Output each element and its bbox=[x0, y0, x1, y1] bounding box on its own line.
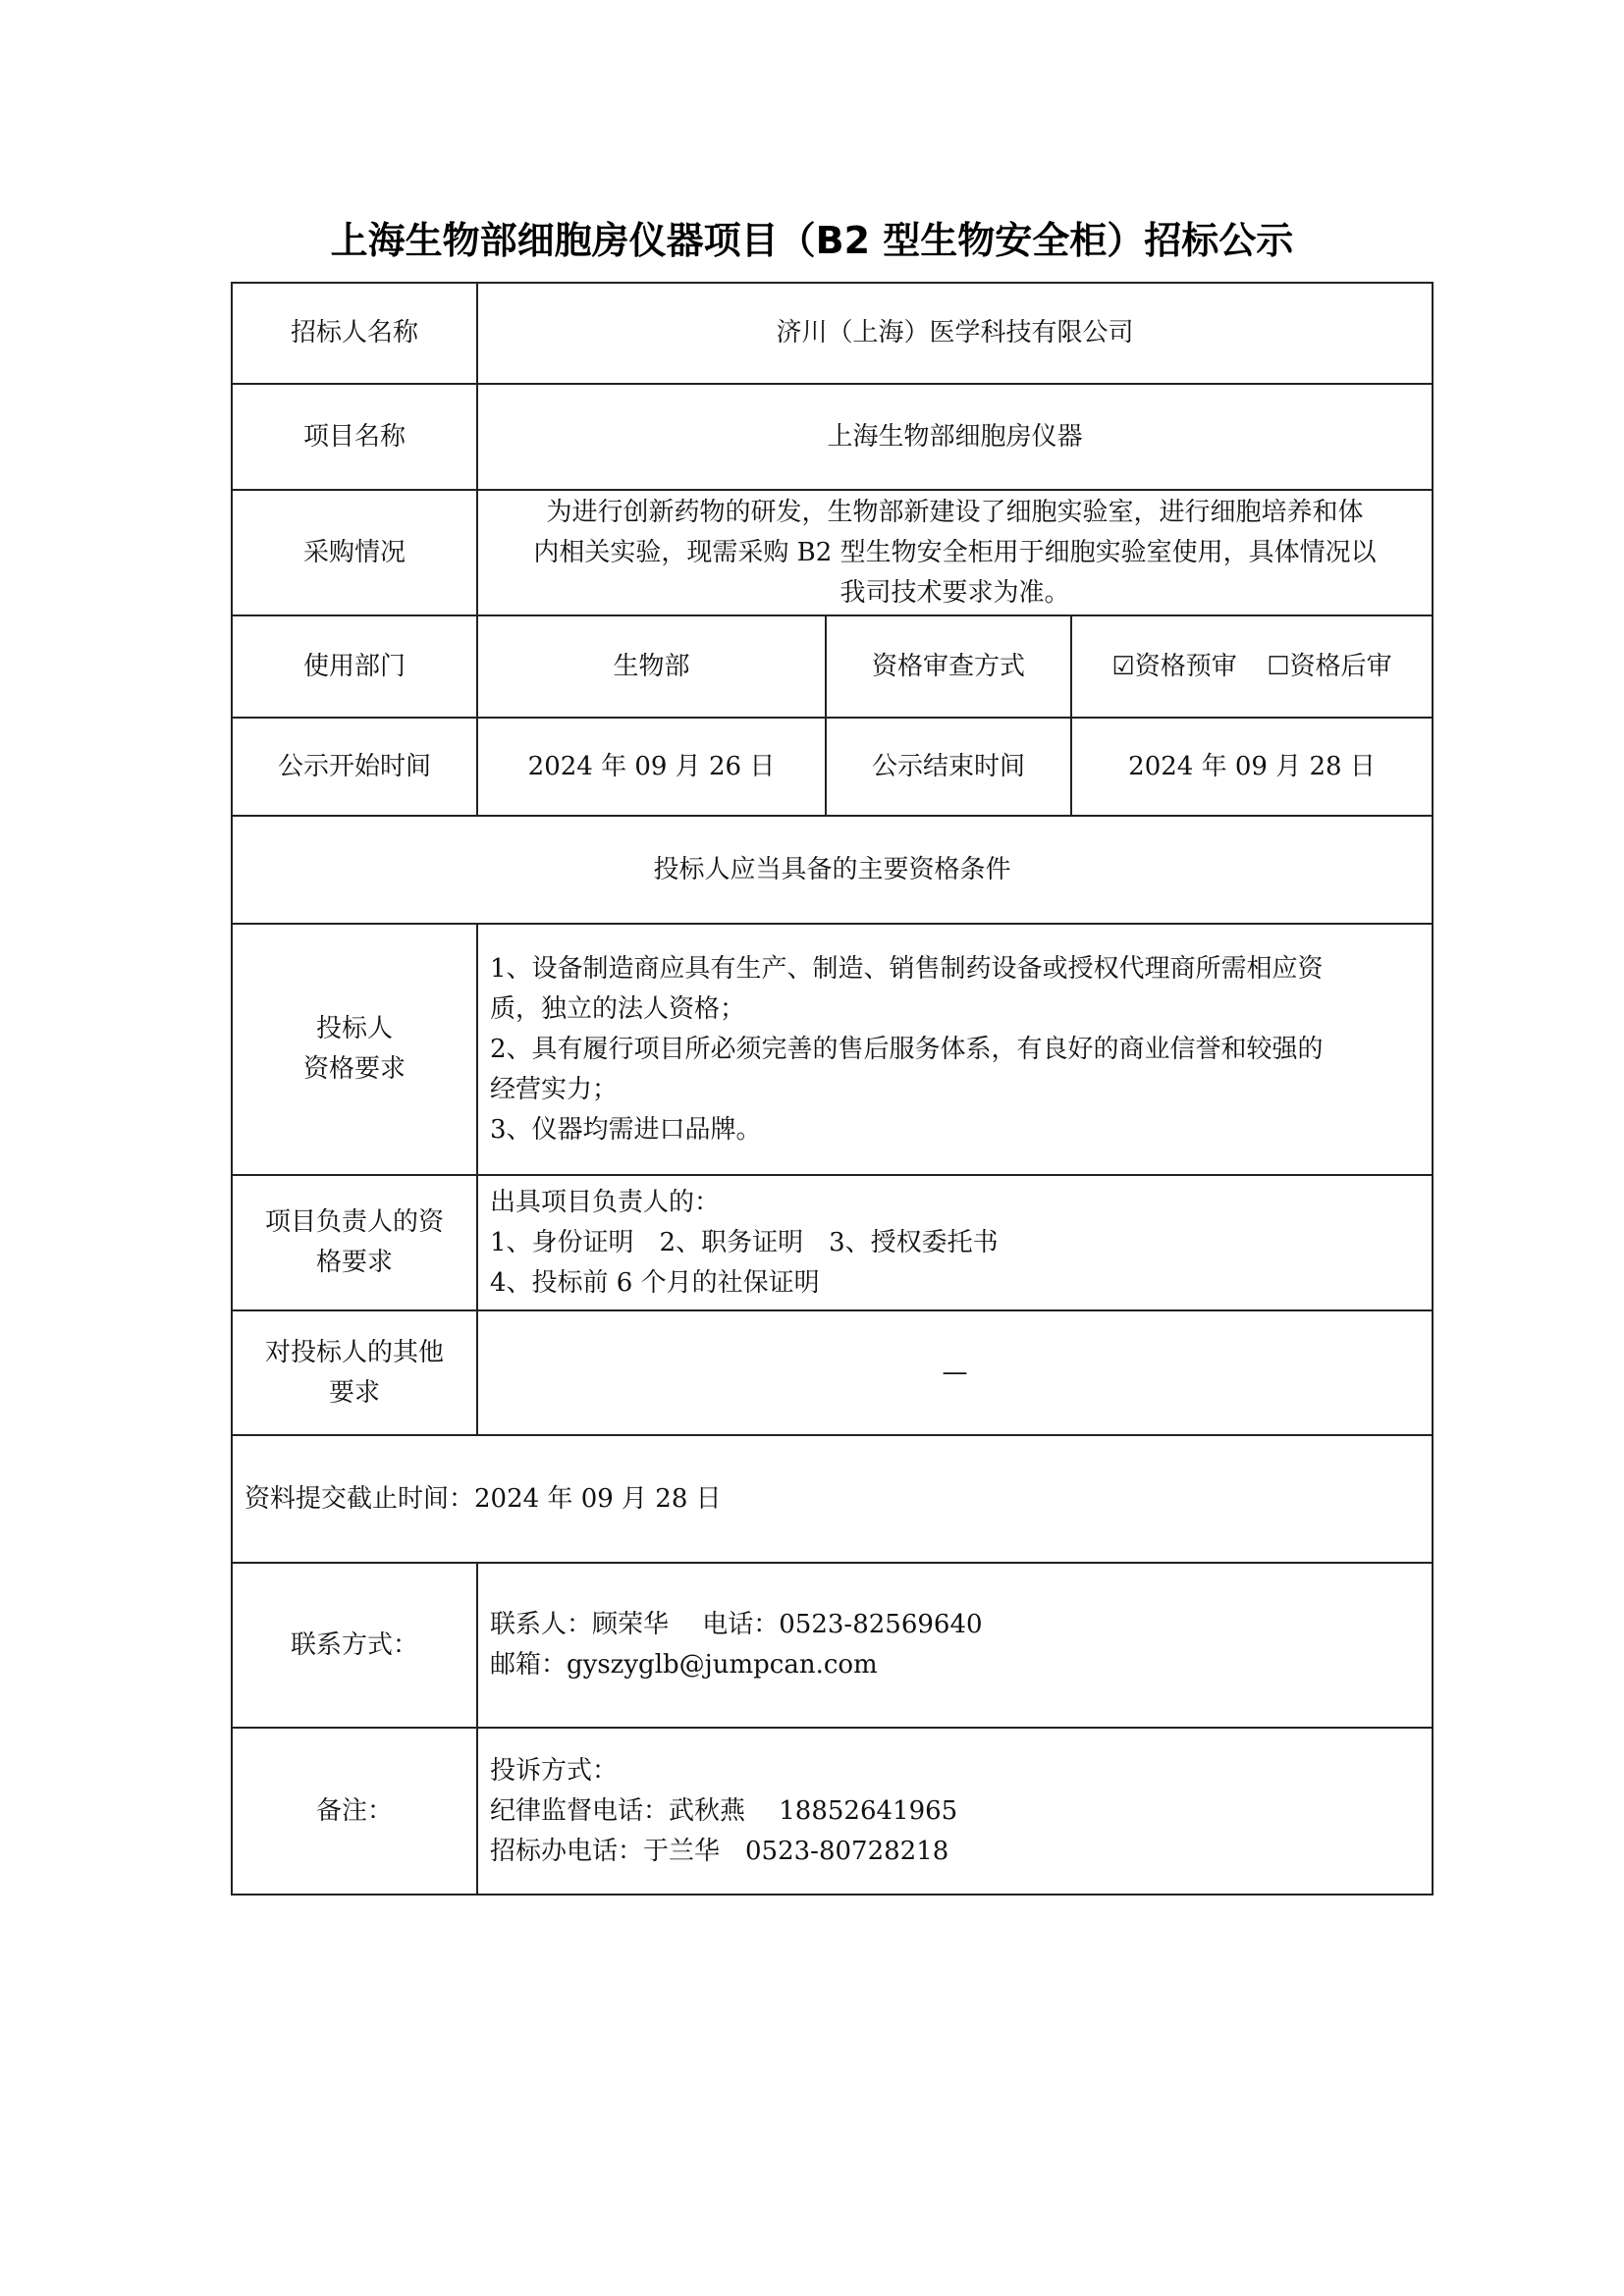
requirement-line: 质，独立的法人资格； bbox=[490, 989, 1420, 1030]
label-line: 对投标人的其他 bbox=[244, 1333, 464, 1373]
procurement-description: 为进行创新药物的研发，生物部新建设了细胞实验室，进行细胞培养和体 内相关实验，现… bbox=[477, 490, 1433, 615]
row-manager-requirements: 项目负责人的资 格要求 出具项目负责人的： 1、身份证明 2、职务证明 3、授权… bbox=[232, 1175, 1433, 1310]
row-remarks: 备注： 投诉方式： 纪律监督电话：武秋燕 18852641965 招标办电话：于… bbox=[232, 1728, 1433, 1895]
row-project-name: 项目名称 上海生物部细胞房仪器 bbox=[232, 384, 1433, 490]
requirement-line: 4、投标前 6 个月的社保证明 bbox=[490, 1263, 1420, 1304]
requirement-line: 出具项目负责人的： bbox=[490, 1183, 1420, 1223]
manager-requirements-label: 项目负责人的资 格要求 bbox=[232, 1175, 477, 1310]
procurement-label: 采购情况 bbox=[232, 490, 477, 615]
requirement-line: 经营实力； bbox=[490, 1070, 1420, 1110]
publicity-start-label: 公示开始时间 bbox=[232, 718, 477, 816]
checked-box-icon: ☑ bbox=[1111, 647, 1134, 687]
requirement-line: 3、仪器均需进口品牌。 bbox=[490, 1110, 1420, 1150]
procurement-line: 为进行创新药物的研发，生物部新建设了细胞实验室，进行细胞培养和体 bbox=[490, 493, 1420, 533]
remarks-label: 备注： bbox=[232, 1728, 477, 1895]
document-title: 上海生物部细胞房仪器项目（B2 型生物安全柜）招标公示 bbox=[0, 210, 1624, 264]
row-deadline: 资料提交截止时间：2024 年 09 月 28 日 bbox=[232, 1435, 1433, 1563]
label-line: 资格要求 bbox=[244, 1049, 464, 1090]
postqualification-label: 资格后审 bbox=[1290, 652, 1392, 681]
contact-email[interactable]: 邮箱：gyszyglb@jumpcan.com bbox=[490, 1645, 1420, 1685]
postqualification-checkbox[interactable]: ☐资格后审 bbox=[1267, 652, 1391, 681]
project-name-value: 上海生物部细胞房仪器 bbox=[477, 384, 1433, 490]
submission-deadline: 资料提交截止时间：2024 年 09 月 28 日 bbox=[232, 1435, 1433, 1563]
discipline-hotline: 纪律监督电话：武秋燕 18852641965 bbox=[490, 1791, 1420, 1832]
contact-details: 联系人：顾荣华 电话：0523-82569640 邮箱：gyszyglb@jum… bbox=[477, 1563, 1433, 1728]
review-method-label: 资格审查方式 bbox=[826, 615, 1071, 718]
procurement-line: 内相关实验，现需采购 B2 型生物安全柜用于细胞实验室使用，具体情况以 bbox=[490, 533, 1420, 573]
row-contact: 联系方式： 联系人：顾荣华 电话：0523-82569640 邮箱：gyszyg… bbox=[232, 1563, 1433, 1728]
row-department: 使用部门 生物部 资格审查方式 ☑资格预审 ☐资格后审 bbox=[232, 615, 1433, 718]
department-value: 生物部 bbox=[477, 615, 826, 718]
row-bidder-requirements: 投标人 资格要求 1、设备制造商应具有生产、制造、销售制药设备或授权代理商所需相… bbox=[232, 924, 1433, 1175]
row-qualification-header: 投标人应当具备的主要资格条件 bbox=[232, 816, 1433, 924]
row-procurement: 采购情况 为进行创新药物的研发，生物部新建设了细胞实验室，进行细胞培养和体 内相… bbox=[232, 490, 1433, 615]
contact-person-phone: 联系人：顾荣华 电话：0523-82569640 bbox=[490, 1605, 1420, 1645]
procurement-line: 我司技术要求为准。 bbox=[490, 573, 1420, 614]
prequalification-label: 资格预审 bbox=[1135, 652, 1237, 681]
label-line: 项目负责人的资 bbox=[244, 1202, 464, 1243]
label-line: 格要求 bbox=[244, 1243, 464, 1283]
requirement-line: 1、设备制造商应具有生产、制造、销售制药设备或授权代理商所需相应资 bbox=[490, 949, 1420, 989]
department-label: 使用部门 bbox=[232, 615, 477, 718]
unchecked-box-icon: ☐ bbox=[1267, 647, 1289, 687]
publicity-end-value: 2024 年 09 月 28 日 bbox=[1071, 718, 1433, 816]
tenderer-name-label: 招标人名称 bbox=[232, 283, 477, 384]
label-line: 投标人 bbox=[244, 1009, 464, 1049]
other-requirements-value: — bbox=[477, 1310, 1433, 1435]
remarks-details: 投诉方式： 纪律监督电话：武秋燕 18852641965 招标办电话：于兰华 0… bbox=[477, 1728, 1433, 1895]
requirement-line: 1、身份证明 2、职务证明 3、授权委托书 bbox=[490, 1223, 1420, 1263]
tenderer-name-value: 济川（上海）医学科技有限公司 bbox=[477, 283, 1433, 384]
tender-notice-table: 招标人名称 济川（上海）医学科技有限公司 项目名称 上海生物部细胞房仪器 采购情… bbox=[231, 282, 1434, 1896]
qualification-section-header: 投标人应当具备的主要资格条件 bbox=[232, 816, 1433, 924]
project-name-label: 项目名称 bbox=[232, 384, 477, 490]
contact-label: 联系方式： bbox=[232, 1563, 477, 1728]
requirement-line: 2、具有履行项目所必须完善的售后服务体系，有良好的商业信誉和较强的 bbox=[490, 1030, 1420, 1070]
publicity-end-label: 公示结束时间 bbox=[826, 718, 1071, 816]
prequalification-checkbox[interactable]: ☑资格预审 bbox=[1111, 652, 1245, 681]
bidder-requirements-list: 1、设备制造商应具有生产、制造、销售制药设备或授权代理商所需相应资 质，独立的法… bbox=[477, 924, 1433, 1175]
row-tenderer-name: 招标人名称 济川（上海）医学科技有限公司 bbox=[232, 283, 1433, 384]
publicity-start-value: 2024 年 09 月 26 日 bbox=[477, 718, 826, 816]
row-publicity-dates: 公示开始时间 2024 年 09 月 26 日 公示结束时间 2024 年 09… bbox=[232, 718, 1433, 816]
row-other-requirements: 对投标人的其他 要求 — bbox=[232, 1310, 1433, 1435]
complaint-heading: 投诉方式： bbox=[490, 1751, 1420, 1791]
manager-requirements-list: 出具项目负责人的： 1、身份证明 2、职务证明 3、授权委托书 4、投标前 6 … bbox=[477, 1175, 1433, 1310]
review-method-options: ☑资格预审 ☐资格后审 bbox=[1071, 615, 1433, 718]
label-line: 要求 bbox=[244, 1373, 464, 1414]
other-requirements-label: 对投标人的其他 要求 bbox=[232, 1310, 477, 1435]
bidder-requirements-label: 投标人 资格要求 bbox=[232, 924, 477, 1175]
tender-office-phone: 招标办电话：于兰华 0523-80728218 bbox=[490, 1832, 1420, 1872]
